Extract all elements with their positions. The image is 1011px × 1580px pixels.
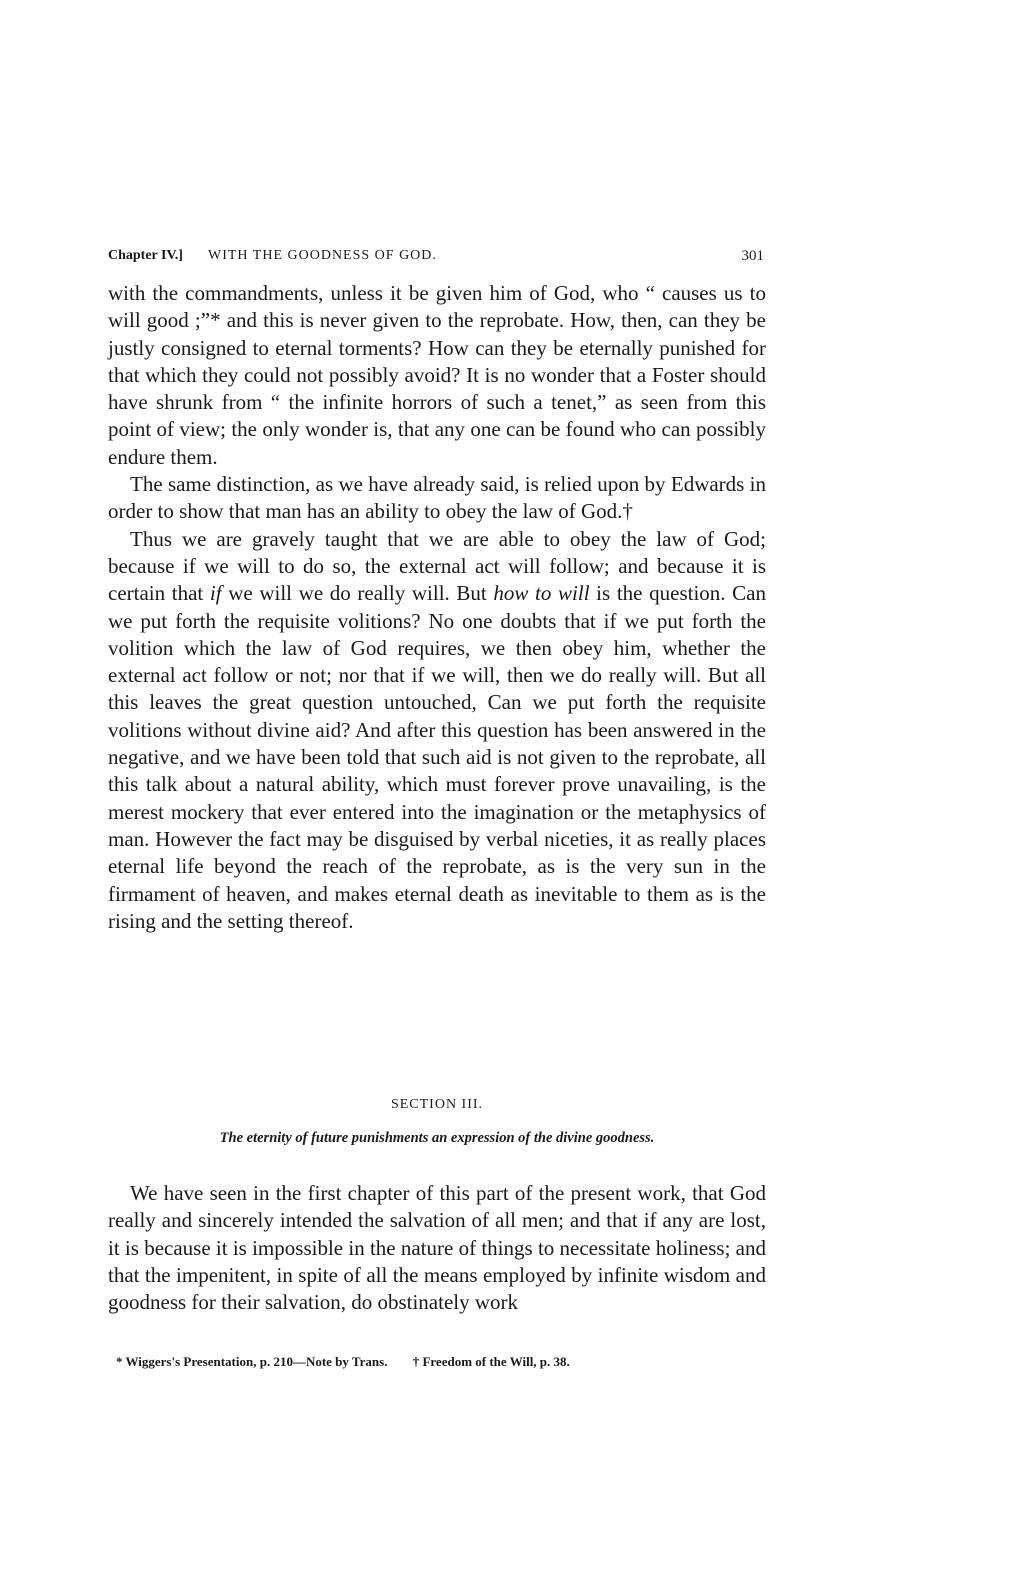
footnote-1: * Wiggers's Presentation, p. 210—Note by… [116, 1354, 387, 1369]
italic-how-to-will: how to will [493, 581, 589, 605]
footnotes: * Wiggers's Presentation, p. 210—Note by… [116, 1354, 766, 1370]
running-title: WITH THE GOODNESS OF GOD. [208, 248, 437, 264]
page-number: 301 [742, 248, 765, 265]
paragraph-continuation: with the commandments, unless it be give… [108, 280, 766, 471]
section-subtitle: The eternity of future punishments an ex… [108, 1130, 766, 1147]
chapter-label: Chapter IV.] [108, 248, 183, 264]
paragraph-edwards: The same distinction, as we have already… [108, 471, 766, 526]
body-text: with the commandments, unless it be give… [108, 280, 766, 935]
text-run: is the question. Can we put forth the re… [108, 581, 766, 933]
text-run: we will we do really will. But [222, 581, 494, 605]
section-heading: SECTION III. [108, 1097, 766, 1113]
running-head: Chapter IV.] WITH THE GOODNESS OF GOD. 3… [108, 248, 766, 270]
footnote-2: † Freedom of the Will, p. 38. [413, 1354, 570, 1369]
section-body: We have seen in the first chapter of thi… [108, 1180, 766, 1316]
italic-if: if [210, 581, 222, 605]
paragraph-natural-ability: Thus we are gravely taught that we are a… [108, 526, 766, 935]
section-paragraph: We have seen in the first chapter of thi… [108, 1180, 766, 1316]
